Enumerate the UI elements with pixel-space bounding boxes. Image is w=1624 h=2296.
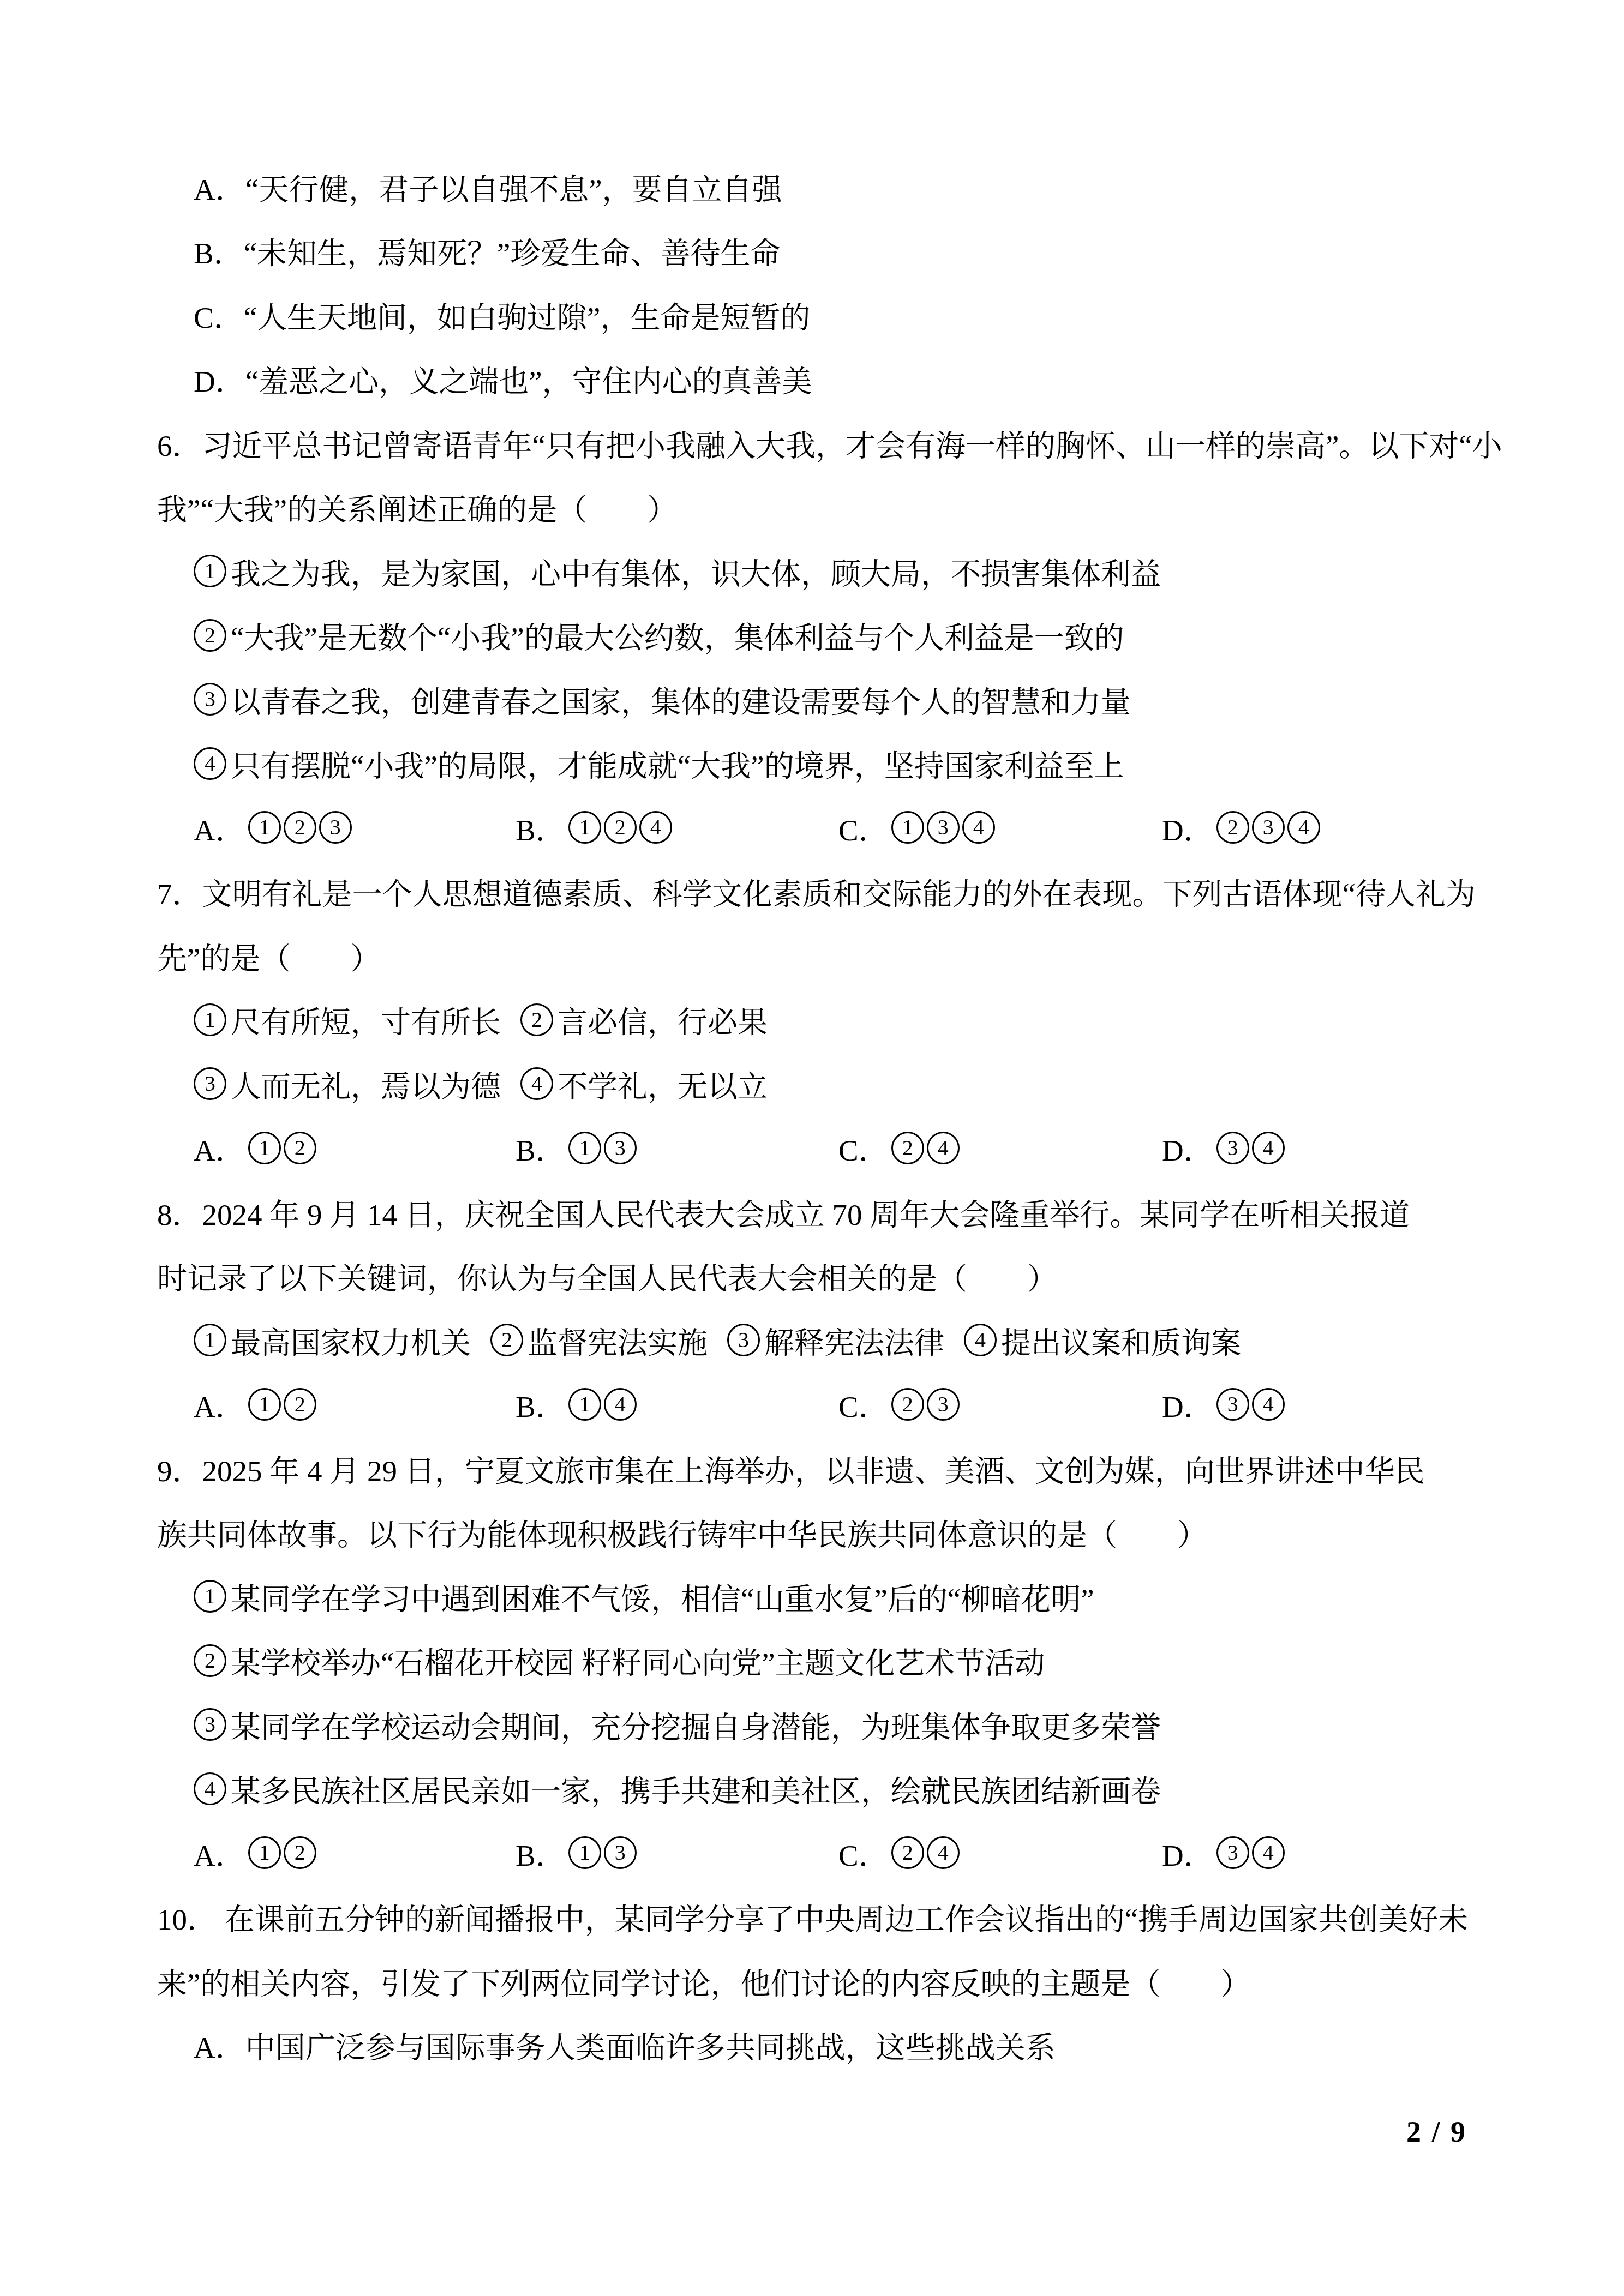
numbered-item-line: 3以青春之我，创建青春之国家，集体的建设需要每个人的智慧和力量: [194, 678, 1131, 720]
circled-number: 3: [194, 1708, 226, 1741]
choice-letter: A．: [194, 806, 245, 849]
circled-number: 1: [248, 811, 281, 844]
answer-choice: C．24: [838, 1127, 960, 1169]
numbered-item: 1最高国家权力机关: [194, 1319, 471, 1362]
choice-letter: A．: [194, 1831, 245, 1874]
answer-choices-row: A．123B．124C．134D．234: [194, 806, 1503, 849]
circled-number: 2: [284, 811, 316, 844]
numbered-item-line: 1某同学在学习中遇到困难不气馁，相信“山重水复”后的“柳暗花明”: [194, 1575, 1094, 1618]
option-letter: A．: [194, 165, 245, 208]
circled-number: 2: [1216, 811, 1249, 844]
choice-letter: D．: [1162, 1126, 1214, 1169]
item-text: “大我”是无数个“小我”的最大公约数，集体利益与个人利益是一致的: [231, 614, 1124, 657]
question-stem-line: 8．2024 年 9 月 14 日，庆祝全国人民代表大会成立 70 周年大会隆重…: [157, 1191, 1410, 1233]
numbered-item-line: 3人而无礼，焉以为德4不学礼，无以立: [194, 1062, 768, 1105]
numbered-item-line: 2“大我”是无数个“小我”的最大公约数，集体利益与个人利益是一致的: [194, 614, 1124, 657]
numbered-item: 3以青春之我，创建青春之国家，集体的建设需要每个人的智慧和力量: [194, 678, 1131, 721]
question-stem-line: 族共同体故事。以下行为能体现积极践行铸牢中华民族共同体意识的是（ ）: [157, 1511, 1207, 1554]
circled-number: 3: [319, 811, 352, 844]
item-text: 言必信，行必果: [558, 998, 768, 1041]
numbered-item-line: 1最高国家权力机关2监督宪法实施3解释宪法法律4提出议案和质询案: [194, 1319, 1241, 1361]
option-letter: B．: [194, 229, 244, 272]
numbered-item-line: 1我之为我，是为家国，心中有集体，识大体，顾大局，不损害集体利益: [194, 550, 1161, 592]
option-text: “未知生，焉知死？”珍爱生命、善待生命: [244, 229, 781, 272]
stem-text: 时记录了以下关键词，你认为与全国人民代表大会相关的是（ ）: [157, 1254, 1057, 1297]
circled-number: 2: [490, 1324, 523, 1356]
choice-letter: C．: [838, 1831, 889, 1874]
circled-number: 3: [1252, 811, 1285, 844]
numbered-item: 3人而无礼，焉以为德: [194, 1062, 501, 1105]
choice-letter: B．: [516, 806, 566, 849]
option-letter: D．: [194, 357, 245, 400]
circled-number: 4: [1252, 1388, 1285, 1421]
page-indicator: 2 / 9: [1406, 2115, 1467, 2149]
item-text: 监督宪法实施: [528, 1319, 708, 1362]
stem-text: 族共同体故事。以下行为能体现积极践行铸牢中华民族共同体意识的是（ ）: [157, 1511, 1207, 1554]
answer-choice: B．14: [516, 1383, 637, 1426]
question-stem-line: 6．习近平总书记曾寄语青年“只有把小我融入大我，才会有海一样的胸怀、山一样的崇高…: [157, 422, 1502, 464]
answer-choices-row: A．12B．13C．24D．34: [194, 1127, 1503, 1169]
item-text: 某同学在学校运动会期间，充分挖掘自身潜能，为班集体争取更多荣誉: [231, 1703, 1161, 1746]
circled-number: 1: [248, 1388, 281, 1421]
answer-choice: A．123: [194, 806, 352, 849]
circled-number: 1: [194, 1580, 226, 1613]
option-line: D．“羞恶之心，义之端也”，守住内心的真善美: [194, 358, 812, 400]
option-line: A．“天行健，君子以自强不息”，要自立自强: [194, 165, 782, 208]
option-letter: A．: [194, 2023, 245, 2066]
choice-letter: C．: [838, 806, 889, 849]
circled-number: 4: [927, 1132, 960, 1164]
circled-number: 2: [194, 1644, 226, 1677]
circled-number: 3: [194, 1067, 226, 1100]
numbered-item-line: 1尺有所短，寸有所长2言必信，行必果: [194, 999, 768, 1041]
circled-number: 3: [1216, 1836, 1249, 1869]
circled-number: 3: [727, 1324, 760, 1356]
circled-number: 1: [891, 811, 924, 844]
item-text: 以青春之我，创建青春之国家，集体的建设需要每个人的智慧和力量: [231, 678, 1131, 721]
circled-number: 2: [604, 811, 637, 844]
option-line: C．“人生天地间，如白驹过隙”，生命是短暂的: [194, 293, 811, 336]
item-text: 某同学在学习中遇到困难不气馁，相信“山重水复”后的“柳暗花明”: [231, 1575, 1094, 1618]
answer-choice: D．34: [1162, 1127, 1285, 1169]
circled-number: 4: [194, 747, 226, 780]
numbered-item: 4提出议案和质询案: [964, 1319, 1241, 1362]
stem-text: 7．文明有礼是一个人思想道德素质、科学文化素质和交际能力的外在表现。下列古语体现…: [157, 870, 1476, 913]
answer-choice: A．12: [194, 1383, 316, 1426]
answer-choice: C．134: [838, 806, 995, 849]
circled-number: 2: [891, 1388, 924, 1421]
answer-choice: B．13: [516, 1127, 637, 1169]
numbered-item: 3解释宪法法律: [727, 1319, 944, 1362]
item-text: 某多民族社区居民亲如一家，携手共建和美社区，绘就民族团结新画卷: [231, 1767, 1161, 1810]
numbered-item-line: 4某多民族社区居民亲如一家，携手共建和美社区，绘就民族团结新画卷: [194, 1768, 1161, 1810]
answer-choice: D．34: [1162, 1383, 1285, 1426]
choice-letter: B．: [516, 1383, 566, 1426]
circled-number: 4: [639, 811, 672, 844]
option-letter: C．: [194, 293, 244, 336]
circled-number: 4: [604, 1388, 637, 1421]
circled-number: 3: [194, 683, 226, 716]
circled-number: 1: [568, 811, 601, 844]
item-text: 只有摆脱“小我”的局限，才能成就“大我”的境界，坚持国家利益至上: [231, 742, 1124, 785]
numbered-item: 4某多民族社区居民亲如一家，携手共建和美社区，绘就民族团结新画卷: [194, 1767, 1161, 1810]
answer-choice: C．23: [838, 1383, 960, 1426]
circled-number: 2: [891, 1132, 924, 1164]
choice-letter: D．: [1162, 1383, 1214, 1426]
choice-letter: D．: [1162, 806, 1214, 849]
answer-choices-row: A．12B．14C．23D．34: [194, 1383, 1503, 1426]
option-text: “羞恶之心，义之端也”，守住内心的真善美: [245, 357, 812, 400]
option-text: “人生天地间，如白驹过隙”，生命是短暂的: [244, 293, 811, 336]
choice-letter: C．: [838, 1126, 889, 1169]
numbered-item: 4只有摆脱“小我”的局限，才能成就“大我”的境界，坚持国家利益至上: [194, 742, 1124, 785]
question-stem-line: 7．文明有礼是一个人思想道德素质、科学文化素质和交际能力的外在表现。下列古语体现…: [157, 870, 1476, 913]
question-stem-line: 我”“大我”的关系阐述正确的是（ ）: [157, 486, 677, 528]
answer-choice: B．124: [516, 806, 672, 849]
question-stem-line: 时记录了以下关键词，你认为与全国人民代表大会相关的是（ ）: [157, 1255, 1057, 1297]
answer-choice: A．12: [194, 1127, 316, 1169]
numbered-item: 2某学校举办“石榴花开校园 籽籽同心向党”主题文化艺术节活动: [194, 1639, 1045, 1682]
item-text: 某学校举办“石榴花开校园 籽籽同心向党”主题文化艺术节活动: [231, 1639, 1045, 1682]
question-stem-line: 9．2025 年 4 月 29 日，宁夏文旅市集在上海举办，以非遗、美酒、文创为…: [157, 1447, 1425, 1489]
numbered-item: 3某同学在学校运动会期间，充分挖掘自身潜能，为班集体争取更多荣誉: [194, 1703, 1161, 1746]
circled-number: 4: [964, 1324, 997, 1356]
circled-number: 2: [520, 1003, 553, 1036]
answer-choice: B．13: [516, 1831, 637, 1874]
stem-text: 8．2024 年 9 月 14 日，庆祝全国人民代表大会成立 70 周年大会隆重…: [157, 1191, 1410, 1234]
circled-number: 4: [927, 1836, 960, 1869]
numbered-item: 1我之为我，是为家国，心中有集体，识大体，顾大局，不损害集体利益: [194, 550, 1161, 593]
circled-number: 3: [604, 1836, 637, 1869]
item-text: 我之为我，是为家国，心中有集体，识大体，顾大局，不损害集体利益: [231, 550, 1161, 593]
option-line: B．“未知生，焉知死？”珍爱生命、善待生命: [194, 230, 781, 272]
answer-choice: D．234: [1162, 806, 1320, 849]
circled-number: 4: [1252, 1132, 1285, 1164]
circled-number: 3: [1216, 1132, 1249, 1164]
item-text: 最高国家权力机关: [231, 1319, 471, 1362]
circled-number: 3: [927, 1388, 960, 1421]
circled-number: 4: [194, 1772, 226, 1805]
stem-text: 10． 在课前五分钟的新闻播报中，某同学分享了中央周边工作会议指出的“携手周边国…: [157, 1895, 1468, 1938]
numbered-item: 1某同学在学习中遇到困难不气馁，相信“山重水复”后的“柳暗花明”: [194, 1575, 1094, 1618]
circled-number: 1: [248, 1836, 281, 1869]
circled-number: 1: [248, 1132, 281, 1164]
numbered-item: 2“大我”是无数个“小我”的最大公约数，集体利益与个人利益是一致的: [194, 614, 1124, 657]
circled-number: 3: [1216, 1388, 1249, 1421]
numbered-item: 2言必信，行必果: [520, 998, 768, 1041]
numbered-item: 2监督宪法实施: [490, 1319, 708, 1362]
choice-letter: A．: [194, 1126, 245, 1169]
option-line: A．中国广泛参与国际事务人类面临许多共同挑战，这些挑战关系: [194, 2024, 1056, 2066]
circled-number: 2: [284, 1388, 316, 1421]
stem-text: 9．2025 年 4 月 29 日，宁夏文旅市集在上海举办，以非遗、美酒、文创为…: [157, 1447, 1425, 1490]
circled-number: 2: [284, 1836, 316, 1869]
question-stem-line: 先”的是（ ）: [157, 934, 380, 977]
circled-number: 2: [284, 1132, 316, 1164]
numbered-item-line: 3某同学在学校运动会期间，充分挖掘自身潜能，为班集体争取更多荣誉: [194, 1703, 1161, 1746]
stem-text: 我”“大我”的关系阐述正确的是（ ）: [157, 485, 677, 528]
stem-text: 来”的相关内容，引发了下列两位同学讨论，他们讨论的内容反映的主题是（ ）: [157, 1960, 1250, 2003]
answer-choices-row: A．12B．13C．24D．34: [194, 1831, 1503, 1874]
circled-number: 1: [568, 1836, 601, 1869]
circled-number: 2: [194, 619, 226, 652]
circled-number: 3: [927, 811, 960, 844]
numbered-item: 1尺有所短，寸有所长: [194, 998, 501, 1041]
choice-letter: C．: [838, 1383, 889, 1426]
item-text: 解释宪法法律: [764, 1319, 944, 1362]
numbered-item-line: 4只有摆脱“小我”的局限，才能成就“大我”的境界，坚持国家利益至上: [194, 742, 1124, 785]
choice-letter: B．: [516, 1126, 566, 1169]
circled-number: 4: [962, 811, 995, 844]
circled-number: 4: [520, 1067, 553, 1100]
answer-choice: A．12: [194, 1831, 316, 1874]
circled-number: 1: [194, 1003, 226, 1036]
item-text: 人而无礼，焉以为德: [231, 1062, 501, 1105]
item-text: 提出议案和质询案: [1001, 1319, 1241, 1362]
answer-choice: C．24: [838, 1831, 960, 1874]
circled-number: 1: [568, 1388, 601, 1421]
choice-letter: A．: [194, 1383, 245, 1426]
exam-page: A．“天行健，君子以自强不息”，要自立自强B．“未知生，焉知死？”珍爱生命、善待…: [0, 0, 1624, 2296]
answer-choice: D．34: [1162, 1831, 1285, 1874]
circled-number: 4: [1287, 811, 1320, 844]
question-stem-line: 来”的相关内容，引发了下列两位同学讨论，他们讨论的内容反映的主题是（ ）: [157, 1960, 1250, 2002]
circled-number: 1: [194, 1324, 226, 1356]
stem-text: 6．习近平总书记曾寄语青年“只有把小我融入大我，才会有海一样的胸怀、山一样的崇高…: [157, 422, 1502, 465]
circled-number: 2: [891, 1836, 924, 1869]
option-text: 中国广泛参与国际事务人类面临许多共同挑战，这些挑战关系: [245, 2023, 1056, 2066]
question-stem-line: 10． 在课前五分钟的新闻播报中，某同学分享了中央周边工作会议指出的“携手周边国…: [157, 1896, 1468, 1938]
choice-letter: B．: [516, 1831, 566, 1874]
circled-number: 1: [194, 555, 226, 587]
circled-number: 1: [568, 1132, 601, 1164]
option-text: “天行健，君子以自强不息”，要自立自强: [245, 165, 782, 208]
circled-number: 4: [1252, 1836, 1285, 1869]
item-text: 尺有所短，寸有所长: [231, 998, 501, 1041]
stem-text: 先”的是（ ）: [157, 934, 380, 977]
numbered-item-line: 2某学校举办“石榴花开校园 籽籽同心向党”主题文化艺术节活动: [194, 1639, 1045, 1682]
choice-letter: D．: [1162, 1831, 1214, 1874]
numbered-item: 4不学礼，无以立: [520, 1062, 768, 1105]
circled-number: 3: [604, 1132, 637, 1164]
item-text: 不学礼，无以立: [558, 1062, 768, 1105]
